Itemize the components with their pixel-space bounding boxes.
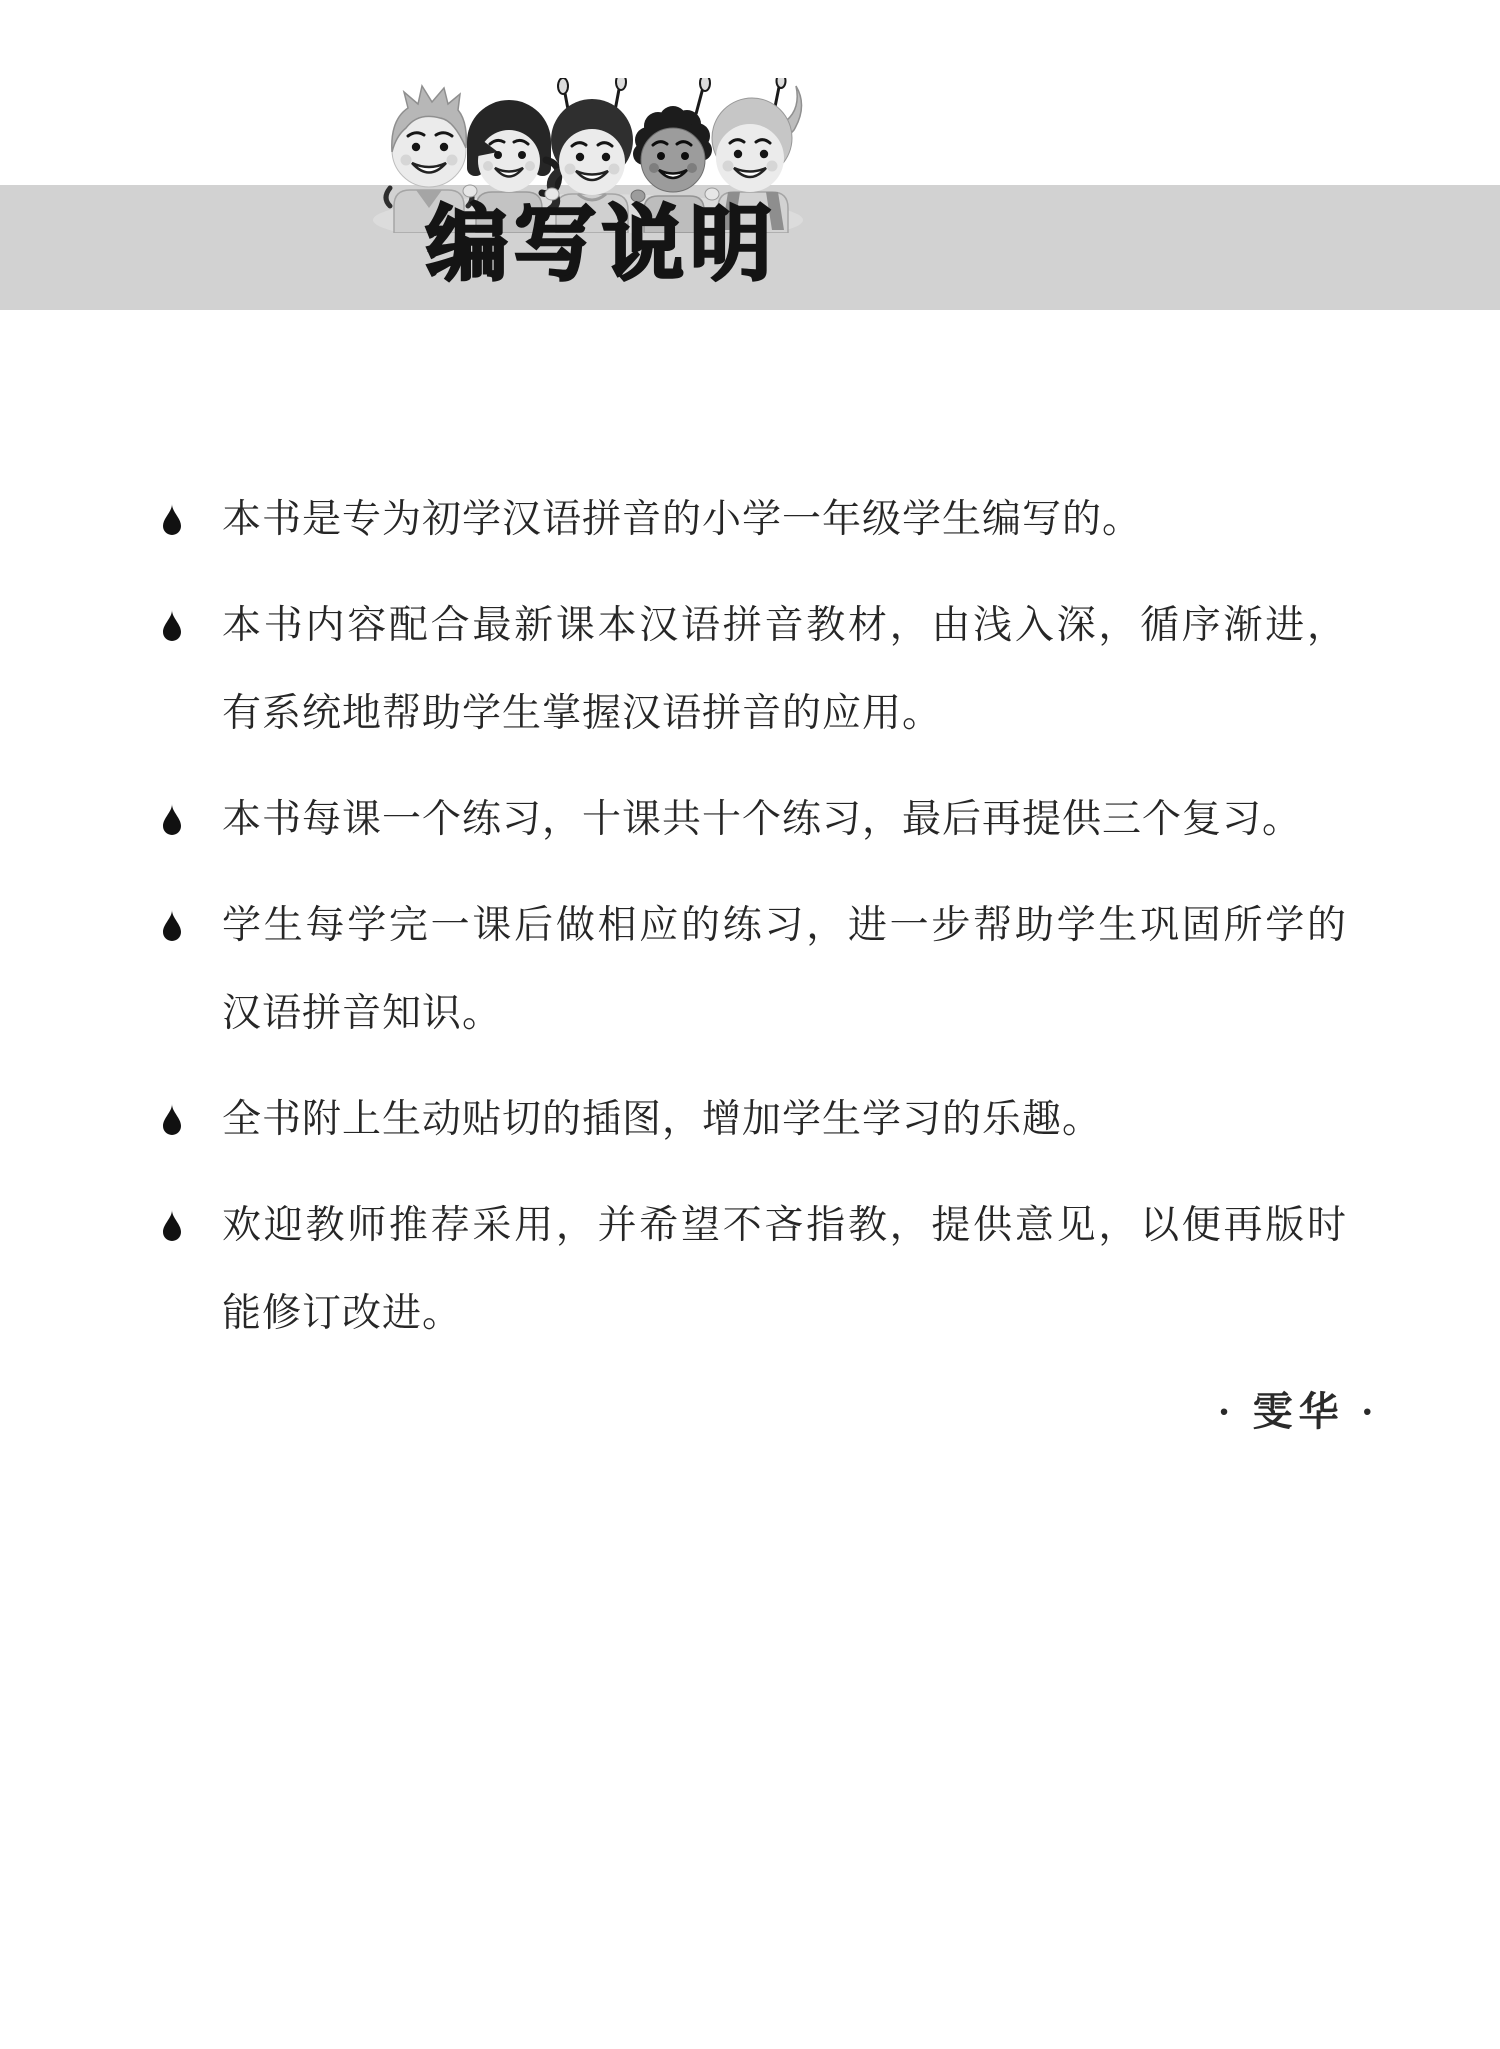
- bullet-text: 全书附上生动贴切的插图，增加学生学习的乐趣。: [222, 1076, 1347, 1164]
- bullet-item: 本书每课一个练习，十课共十个练习，最后再提供三个复习。: [160, 776, 1350, 864]
- bullet-item: 全书附上生动贴切的插图，增加学生学习的乐趣。: [160, 1076, 1350, 1164]
- bullet-item: 学生每学完一课后做相应的练习，进一步帮助学生巩固所学的 汉语拼音知识。: [160, 882, 1350, 1058]
- bullet-line: 学生每学完一课后做相应的练习，进一步帮助学生巩固所学的: [222, 882, 1347, 970]
- bullet-item: 欢迎教师推荐采用，并希望不吝指教，提供意见，以便再版时 能修订改进。: [160, 1182, 1350, 1358]
- bullet-text: 欢迎教师推荐采用，并希望不吝指教，提供意见，以便再版时 能修订改进。: [222, 1182, 1347, 1358]
- bullet-line: 有系统地帮助学生掌握汉语拼音的应用。: [222, 670, 1347, 758]
- bullet-line: 本书内容配合最新课本汉语拼音教材，由浅入深，循序渐进，: [222, 582, 1347, 670]
- page: 编写说明 本书是专为初学汉语拼音的小学一年级学生编写的。 本书内容配合最新课本汉…: [0, 0, 1500, 2049]
- droplet-bullet-icon: [160, 1209, 184, 1243]
- droplet-bullet-icon: [160, 609, 184, 643]
- bullet-line: 本书是专为初学汉语拼音的小学一年级学生编写的。: [222, 476, 1347, 564]
- bullet-text: 学生每学完一课后做相应的练习，进一步帮助学生巩固所学的 汉语拼音知识。: [222, 882, 1347, 1058]
- bullet-text: 本书内容配合最新课本汉语拼音教材，由浅入深，循序渐进， 有系统地帮助学生掌握汉语…: [222, 582, 1347, 758]
- bullet-line: 欢迎教师推荐采用，并希望不吝指教，提供意见，以便再版时: [222, 1182, 1347, 1270]
- bullet-item: 本书内容配合最新课本汉语拼音教材，由浅入深，循序渐进， 有系统地帮助学生掌握汉语…: [160, 582, 1350, 758]
- droplet-bullet-icon: [160, 1103, 184, 1137]
- droplet-bullet-icon: [160, 503, 184, 537]
- page-title: 编写说明: [426, 202, 778, 288]
- bullet-text: 本书每课一个练习，十课共十个练习，最后再提供三个复习。: [222, 776, 1347, 864]
- bullet-text: 本书是专为初学汉语拼音的小学一年级学生编写的。: [222, 476, 1347, 564]
- droplet-bullet-icon: [160, 909, 184, 943]
- bullet-line: 能修订改进。: [222, 1270, 1347, 1358]
- bullet-list: 本书是专为初学汉语拼音的小学一年级学生编写的。 本书内容配合最新课本汉语拼音教材…: [160, 476, 1350, 1442]
- bullet-line: 汉语拼音知识。: [222, 970, 1347, 1058]
- droplet-bullet-icon: [160, 803, 184, 837]
- author-signature: · 雯华 ·: [160, 1382, 1380, 1442]
- bullet-line: 全书附上生动贴切的插图，增加学生学习的乐趣。: [222, 1076, 1347, 1164]
- bullet-line: 本书每课一个练习，十课共十个练习，最后再提供三个复习。: [222, 776, 1347, 864]
- bullet-item: 本书是专为初学汉语拼音的小学一年级学生编写的。: [160, 476, 1350, 564]
